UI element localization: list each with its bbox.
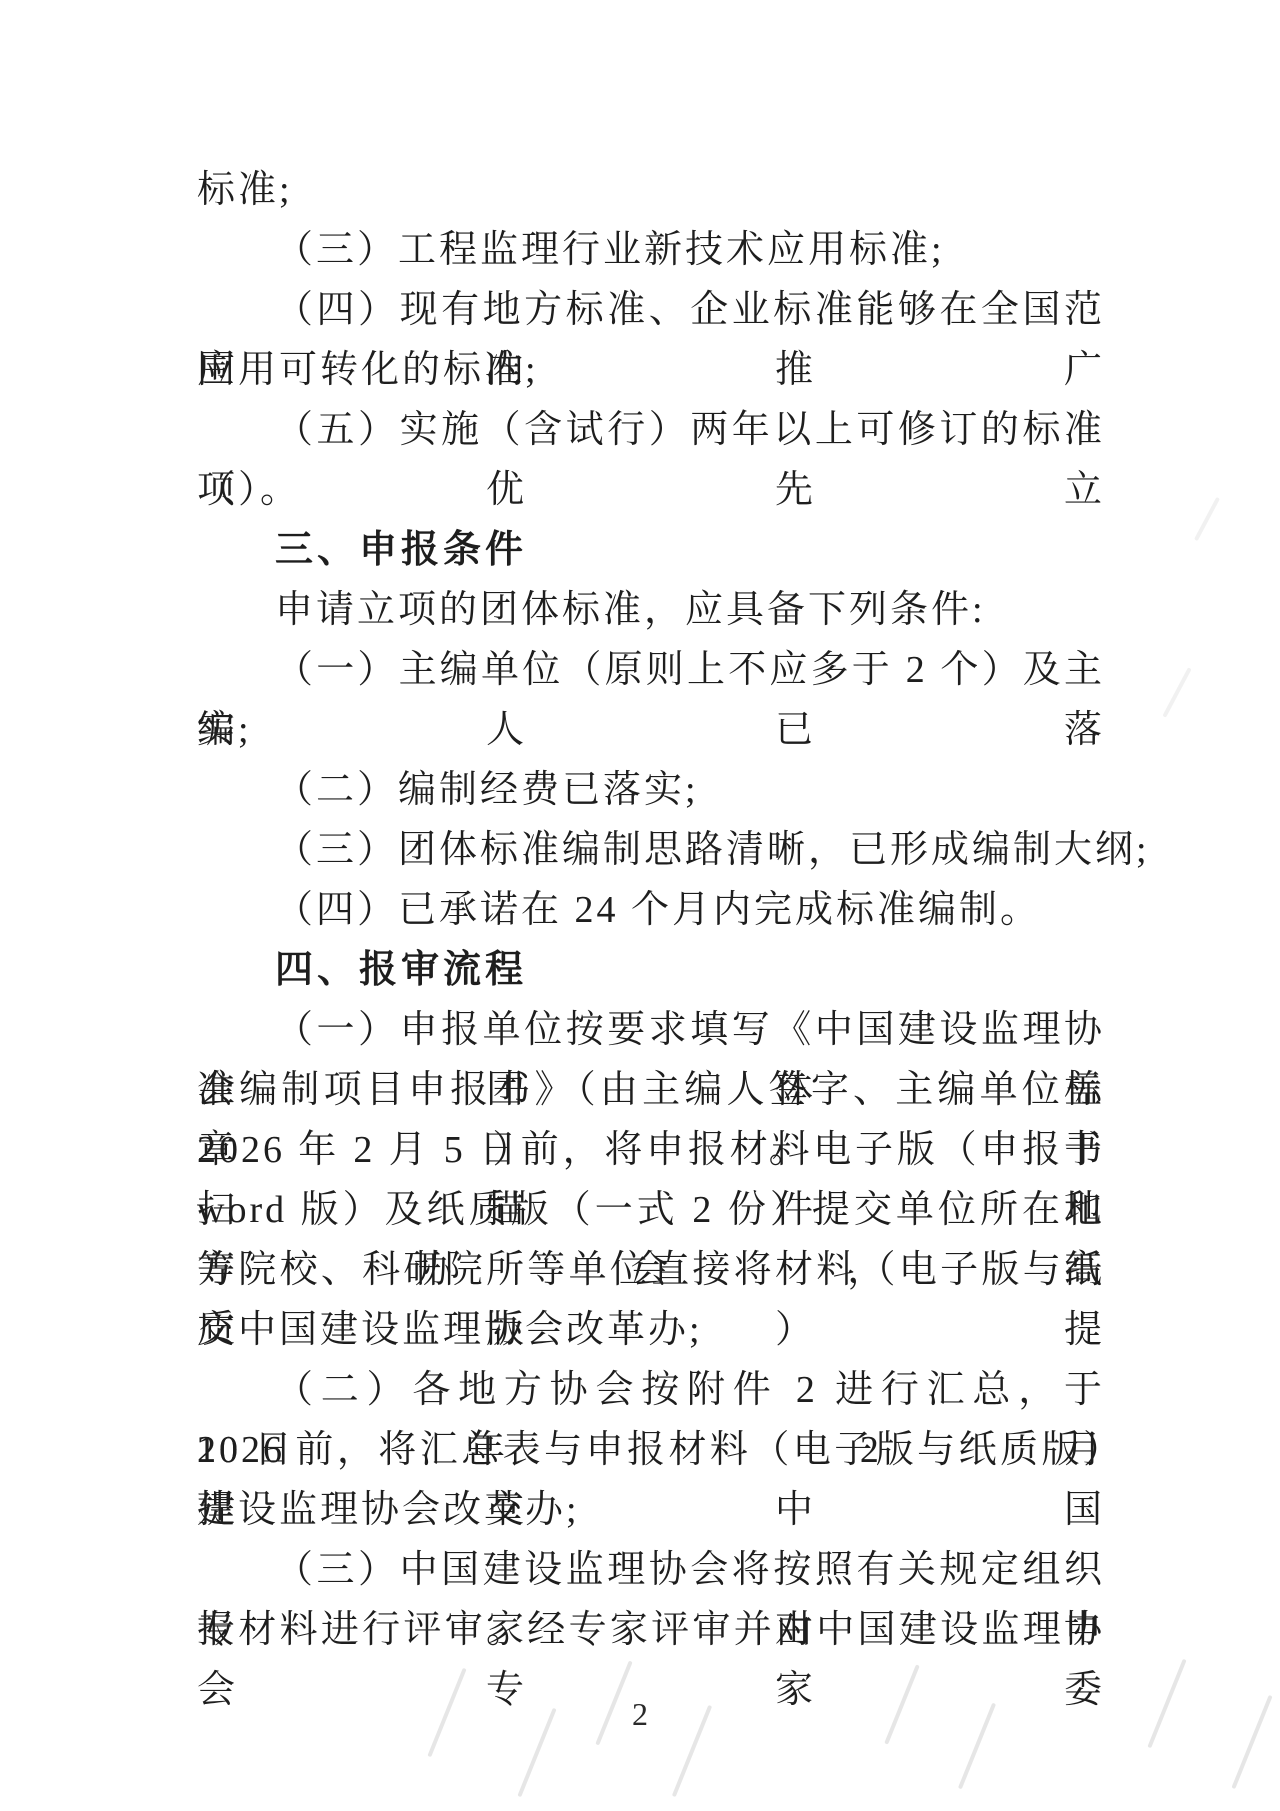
text-line: （一）主编单位（原则上不应多于 2 个）及主编人已落 bbox=[197, 640, 1105, 700]
text-line: （三）团体标准编制思路清晰，已形成编制大纲; bbox=[197, 820, 1105, 880]
text-line: 应用可转化的标准; bbox=[197, 340, 1105, 400]
page-number: 2 bbox=[0, 1694, 1280, 1734]
text-line: 交中国建设监理协会改革办; bbox=[197, 1300, 1105, 1360]
text-line: 申请立项的团体标准，应具备下列条件: bbox=[197, 580, 1105, 640]
watermark-streak bbox=[1162, 667, 1191, 717]
text-line: 准编制项目申报书》（由主编人签字、主编单位盖章）。于 bbox=[197, 1060, 1105, 1120]
text-line: （四）现有地方标准、企业标准能够在全国范围内推广 bbox=[197, 280, 1105, 340]
text-line: word 版）及纸质版（一式 2 份）提交单位所在地方协会，高 bbox=[197, 1180, 1105, 1240]
text-line: （二）各地方协会按附件 2 进行汇总，于 2026 年 2 月 bbox=[197, 1360, 1105, 1420]
text-line: （二）编制经费已落实; bbox=[197, 760, 1105, 820]
text-line: 标准; bbox=[197, 160, 1105, 220]
watermark-streak bbox=[1194, 497, 1220, 541]
text-line: 建设监理协会改革办; bbox=[197, 1480, 1105, 1540]
text-line: 项）。 bbox=[197, 460, 1105, 520]
section-heading: 三、申报条件 bbox=[197, 520, 1105, 580]
text-line: （一）申报单位按要求填写《中国建设监理协会团体标 bbox=[197, 1000, 1105, 1060]
text-line: （三）中国建设监理协会将按照有关规定组织专家对申 bbox=[197, 1540, 1105, 1600]
text-line: （四）已承诺在 24 个月内完成标准编制。 bbox=[197, 880, 1105, 940]
text-line: 等院校、科研院所等单位直接将材料（电子版与纸质版）提 bbox=[197, 1240, 1105, 1300]
section-heading: 四、报审流程 bbox=[197, 940, 1105, 1000]
text-line: 报材料进行评审。经专家评审并由中国建设监理协会专家委 bbox=[197, 1600, 1105, 1660]
text-line: 2026 年 2 月 5 日前，将申报材料电子版（申报书扫描件和 bbox=[197, 1120, 1105, 1180]
text-line: 10 日前，将汇总表与申报材料（电子版与纸质版）提交中国 bbox=[197, 1420, 1105, 1480]
text-line: （五）实施（含试行）两年以上可修订的标准（优先立 bbox=[197, 400, 1105, 460]
text-line: （三）工程监理行业新技术应用标准; bbox=[197, 220, 1105, 280]
document-page: 标准; （三）工程监理行业新技术应用标准; （四）现有地方标准、企业标准能够在全… bbox=[0, 0, 1280, 1811]
text-line: 实; bbox=[197, 700, 1105, 760]
